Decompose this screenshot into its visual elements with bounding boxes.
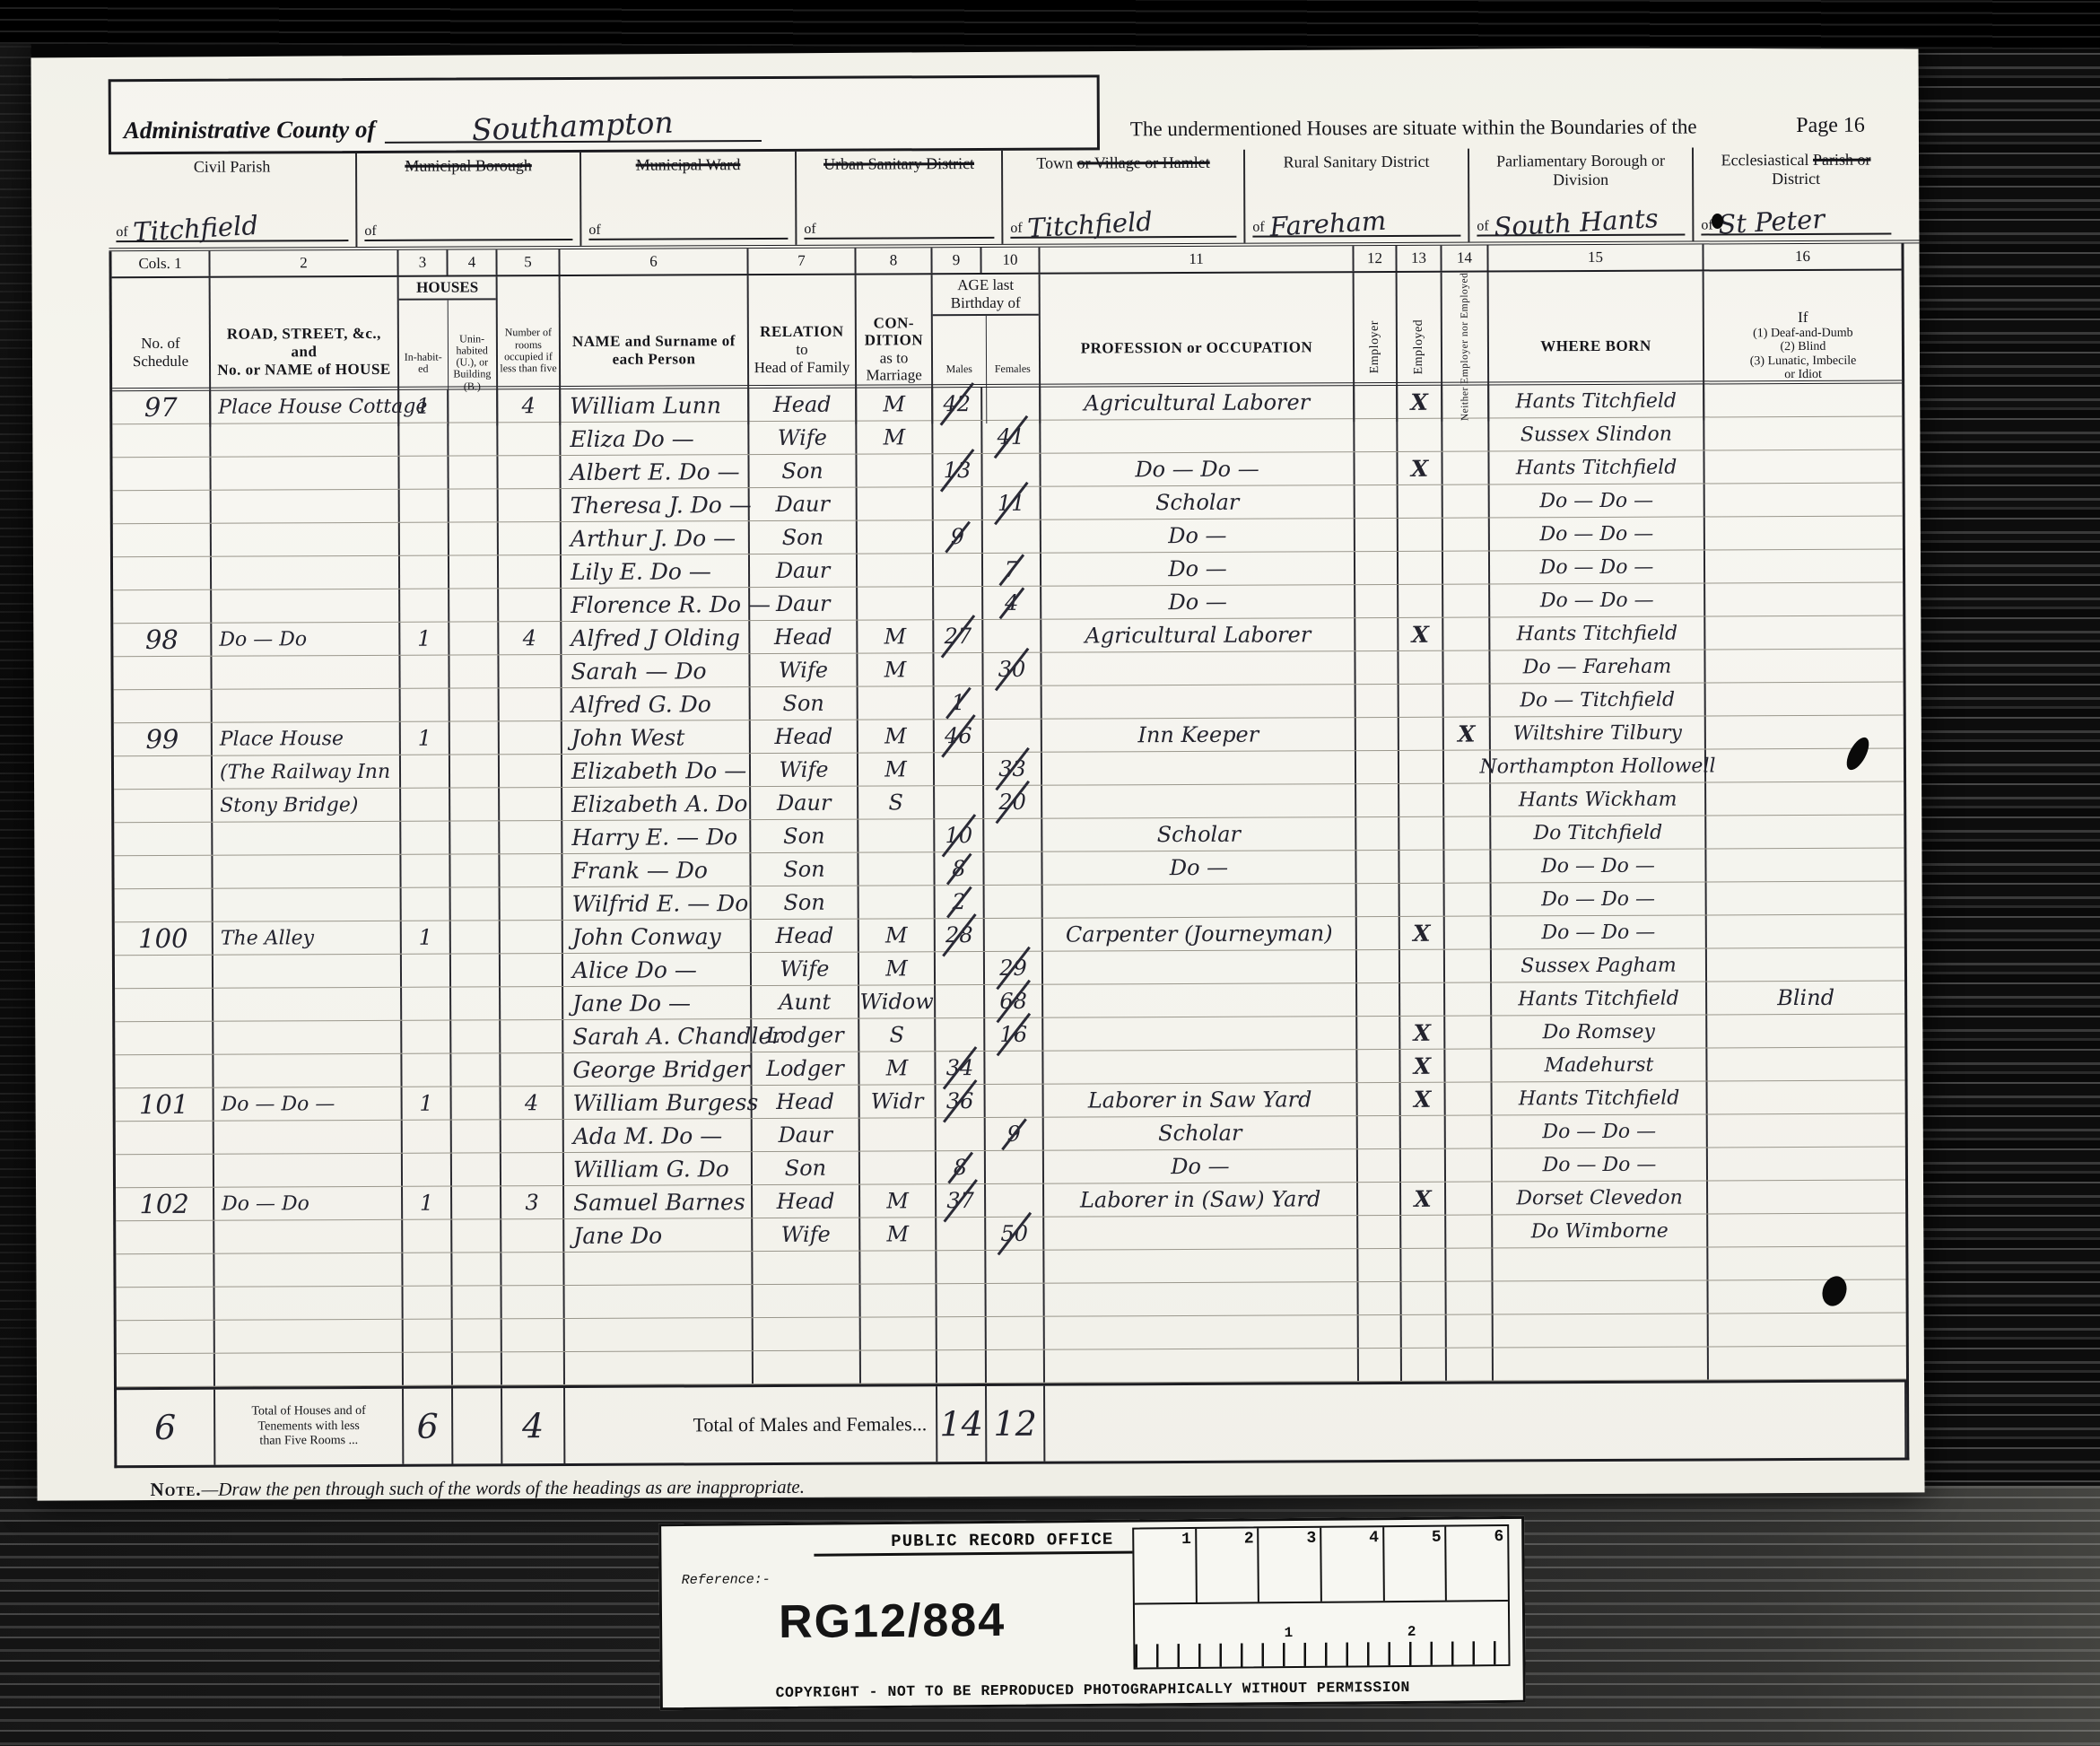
cell-rooms (501, 1153, 564, 1185)
cell-employer (1357, 983, 1400, 1016)
cell-condition: Widow (859, 985, 936, 1017)
cell-occupation: Scholar (1041, 485, 1355, 519)
cell-occupation: Do — (1041, 519, 1355, 553)
cell-employed (1402, 1282, 1447, 1314)
total-rooms: 4 (522, 1406, 544, 1445)
scan-artifact (1712, 214, 1723, 229)
cell-age_m-value: 8 (948, 856, 969, 881)
cell-born: Do — Titchfield (1491, 683, 1706, 716)
cell-occupation-value: Do — (1171, 1154, 1229, 1179)
cell-occupation (1041, 651, 1355, 685)
cell-employed: X (1400, 1050, 1445, 1082)
cell-age_f (986, 1251, 1044, 1283)
cell-age_m (936, 1018, 985, 1051)
cell-neither (1447, 1348, 1494, 1380)
cell-relation-value: Daur (777, 790, 832, 816)
cell-neither (1443, 585, 1490, 617)
district-value: Titchfield (1027, 209, 1154, 240)
cell-schedule (113, 524, 212, 556)
cell-rooms (500, 821, 562, 853)
district-municipal-borough: Municipal Borough of (355, 153, 579, 247)
situate-text: The undermentioned Houses are situate wi… (1100, 115, 1697, 150)
cell-age_m (937, 1218, 986, 1250)
cell-born-value: Hants Titchfield (1518, 987, 1679, 1010)
cell-occupation (1042, 685, 1356, 719)
cell-employed-value: X (1414, 1185, 1432, 1211)
cell-name-value: Eliza Do — (570, 425, 693, 452)
cell-age_m: 8 (935, 852, 984, 885)
cell-address (213, 689, 401, 722)
cell-age_m (936, 985, 985, 1017)
cell-age_m: 1 (935, 686, 984, 719)
cell-age_m (934, 554, 983, 586)
cell-occupation: Do — (1041, 585, 1355, 619)
cell-born: Do — Do — (1493, 1148, 1708, 1181)
cell-born-value: Do — Fareham (1523, 655, 1672, 678)
cell-relation (753, 1252, 860, 1285)
cell-neither (1446, 1248, 1493, 1280)
cell-address: (The Railway Inn (213, 755, 401, 789)
cell-relation: Daur (750, 488, 858, 521)
cell-employer (1356, 817, 1399, 850)
cell-name-value: William Burgess (573, 1089, 759, 1116)
cell-born: Northampton Hollowell (1491, 749, 1706, 782)
cell-name: William Burgess (564, 1086, 753, 1119)
cell-inhabited (401, 689, 450, 721)
cell-relation: Son (751, 687, 858, 720)
cell-employed (1402, 1349, 1447, 1381)
cell-condition (858, 554, 934, 586)
cell-employed (1399, 817, 1444, 850)
cell-infirmity (1707, 881, 1904, 914)
cell-born: Do — Do — (1491, 849, 1706, 882)
cell-rooms: 4 (501, 1087, 564, 1119)
cell-infirmity (1704, 417, 1902, 450)
cell-infirmity (1706, 682, 1904, 715)
cell-condition (858, 587, 934, 619)
cell-age_m: 10 (935, 819, 984, 851)
cell-infirmity (1704, 384, 1902, 417)
cell-relation-value: Daur (776, 558, 831, 583)
cell-schedule (115, 889, 213, 921)
cell-name (564, 1252, 753, 1285)
cell-relation: Aunt (752, 986, 859, 1019)
cell-name: Frank — Do (562, 853, 751, 886)
census-rows: 97Place House Cottage14William LunnHeadM… (112, 384, 1906, 1388)
cell-age_m (934, 587, 983, 619)
cell-occupation-value: Scholar (1157, 822, 1241, 847)
cell-condition: Widr (860, 1085, 937, 1117)
cell-address (213, 988, 402, 1021)
cell-relation: Son (749, 455, 857, 488)
cell-age_f: 4 (983, 587, 1041, 619)
cell-name-value: John Conway (572, 923, 721, 950)
cell-relation-value: Son (785, 1156, 826, 1181)
cell-relation-value: Aunt (779, 990, 831, 1015)
cell-age_m (933, 421, 982, 453)
cell-infirmity (1708, 1080, 1905, 1113)
census-scan-page: { "page": { "admin_county_label": "Admin… (0, 0, 2100, 1746)
cell-uninhabited (449, 522, 499, 554)
cell-schedule (112, 458, 211, 490)
cell-inhabited (401, 855, 450, 887)
cell-name-value: Samuel Barnes (573, 1189, 745, 1216)
cell-employed (1401, 1249, 1446, 1281)
district-civil-parish: Civil Parish ofTitchfield (109, 153, 355, 248)
cell-occupation-value: Agricultural Laborer (1084, 389, 1310, 415)
cell-relation: Wife (750, 654, 858, 687)
cell-schedule: 99 (114, 723, 213, 755)
cell-address: Place House Cottage (211, 390, 399, 423)
cell-uninhabited (450, 721, 500, 754)
cell-condition-value: Widow (859, 989, 933, 1014)
cell-infirmity (1708, 1147, 1905, 1180)
cell-schedule (114, 690, 213, 722)
cell-age_m (937, 1251, 986, 1283)
cell-name-value: Florence R. Do — (571, 591, 771, 618)
totals-row: 6 Total of Houses and of Tenements with … (117, 1379, 1906, 1465)
cell-inhabited (404, 1287, 453, 1319)
cell-rooms (501, 1020, 563, 1052)
cell-uninhabited (452, 1186, 501, 1218)
cell-employed (1401, 1116, 1446, 1148)
cell-relation-value: Son (782, 691, 823, 716)
cell-born-value: Do — Do — (1541, 921, 1655, 944)
cell-occupation: Do — (1044, 1149, 1358, 1183)
cell-schedule (115, 1022, 213, 1054)
cell-name: Albert E. Do — (561, 455, 749, 488)
cell-employed-value: X (1411, 455, 1429, 481)
cell-employed-value: X (1410, 388, 1428, 415)
cell-employer (1355, 452, 1398, 485)
cell-rooms-value: 4 (523, 625, 536, 650)
cell-occupation: Scholar (1044, 1116, 1358, 1150)
cell-employer (1356, 751, 1399, 783)
cell-neither (1446, 1149, 1493, 1182)
cell-inhabited (403, 1220, 452, 1253)
cell-born: Dorset Clevedon (1493, 1181, 1708, 1214)
cell-condition (857, 454, 933, 486)
cell-infirmity (1705, 649, 1903, 682)
cell-born: Hants Titchfield (1492, 982, 1707, 1015)
cell-uninhabited (452, 1120, 501, 1152)
cell-neither (1446, 1182, 1493, 1214)
cell-relation: Head (753, 1086, 860, 1119)
cell-relation-value: Head (776, 1089, 834, 1114)
cell-inhabited-value: 1 (418, 726, 431, 751)
cell-name: Harry E. — Do (562, 820, 751, 853)
cell-inhabited (400, 656, 449, 688)
public-record-office-stamp: PUBLIC RECORD OFFICE Reference:- RG12/88… (658, 1516, 1526, 1710)
cell-born-value: Do Wimborne (1531, 1219, 1669, 1243)
cell-born (1493, 1247, 1708, 1280)
cell-employed: X (1401, 1083, 1446, 1115)
cell-occupation-value: Do — Do — (1135, 457, 1259, 483)
cell-age_f (986, 1151, 1044, 1183)
cell-relation-value: Daur (775, 492, 830, 517)
district-value: Fareham (1269, 209, 1387, 239)
cell-age_f (985, 919, 1043, 951)
cell-address-value: (The Railway Inn (220, 760, 390, 783)
cell-infirmity (1708, 1113, 1905, 1147)
cell-schedule: 97 (112, 391, 211, 423)
cell-name-value: John West (571, 724, 685, 751)
cell-uninhabited (451, 921, 501, 953)
admin-county-underline: Southampton (384, 110, 761, 144)
cell-schedule (115, 1055, 213, 1087)
cell-inhabited: 1 (401, 722, 450, 755)
cell-age_f: 50 (986, 1218, 1044, 1250)
cell-age_m-value: 9 (947, 524, 968, 549)
cell-rooms (499, 555, 562, 588)
cell-age_m (934, 653, 983, 685)
cell-condition: S (858, 786, 935, 818)
cell-condition-value: M (884, 624, 906, 649)
scan-right-streaks (1907, 0, 2100, 1746)
cell-age_f-value: 20 (995, 790, 1030, 815)
cell-employed: X (1398, 386, 1442, 418)
cell-employer (1358, 1216, 1401, 1248)
cell-condition-value: M (886, 1055, 909, 1080)
district-town-village: Town or Village or Hamlet ofTitchfield (1001, 150, 1243, 244)
cell-infirmity (1707, 1014, 1904, 1047)
cell-born-value: Do Romsey (1543, 1020, 1655, 1043)
cell-name: Wilfrid E. — Do (563, 886, 752, 920)
cell-employer (1355, 552, 1399, 584)
cell-age_m: 9 (934, 520, 983, 553)
cell-employed-value: X (1414, 1052, 1432, 1078)
cell-employed: X (1400, 917, 1445, 949)
cell-occupation: Inn Keeper (1042, 718, 1356, 752)
cell-born: Do — Do — (1492, 915, 1707, 948)
cell-age_m-value: 36 (943, 1088, 978, 1113)
cell-infirmity (1707, 1047, 1904, 1080)
cell-employer (1357, 1050, 1400, 1082)
cell-uninhabited (451, 887, 501, 920)
cell-employed (1399, 718, 1444, 750)
cell-employed: X (1400, 1017, 1445, 1049)
cell-condition-value: M (884, 723, 907, 748)
cell-infirmity (1707, 947, 1904, 981)
cell-age_f-value: 68 (996, 989, 1031, 1014)
cell-age_m (937, 1284, 987, 1316)
cell-schedule (114, 790, 213, 822)
cell-condition-value: S (888, 790, 903, 815)
cell-inhabited-value: 1 (420, 1191, 433, 1216)
ruler-inch-cell: 3 (1259, 1528, 1322, 1602)
cell-age_m (936, 952, 985, 984)
cell-name-value: Albert E. Do — (570, 458, 739, 485)
cell-age_m: 28 (936, 919, 985, 951)
cell-relation: Head (753, 1185, 860, 1218)
stamp-ruler: 123456 1 2 (1132, 1524, 1510, 1670)
cell-age_f: 7 (983, 554, 1041, 586)
cell-rooms (501, 954, 563, 986)
cell-relation: Daur (750, 554, 858, 588)
cell-born (1493, 1280, 1708, 1314)
cell-age_f (985, 1052, 1043, 1084)
cell-name-value: Elizabeth Do — (571, 757, 746, 784)
cell-name-value: Theresa J. Do — (571, 492, 752, 519)
district-rural-sanitary: Rural Sanitary District ofFareham (1243, 149, 1468, 243)
cell-employed (1399, 485, 1443, 518)
cell-relation-value: Son (781, 458, 823, 484)
cell-rooms (499, 489, 562, 521)
cell-age_f (985, 886, 1043, 918)
cell-employed (1399, 552, 1443, 584)
cell-address-value: Place House Cottage (218, 395, 427, 418)
cell-name-value: Alfred G. Do (571, 691, 711, 718)
cell-employed (1399, 585, 1443, 617)
cell-age_f-value: 9 (1004, 1122, 1024, 1147)
cell-age_m-value: 28 (942, 922, 977, 947)
cell-condition-value: M (884, 424, 906, 450)
cell-schedule-value: 98 (145, 624, 179, 655)
cell-condition: M (859, 919, 936, 951)
cell-neither (1445, 983, 1492, 1016)
cell-uninhabited (451, 1053, 501, 1086)
cell-name: Elizabeth A. Do (562, 787, 751, 820)
cell-born: Sussex Slindon (1489, 417, 1704, 450)
cell-age_f-value: 29 (996, 956, 1031, 981)
cell-schedule-value: 97 (144, 392, 178, 423)
cell-inhabited (401, 822, 450, 854)
cell-relation-value: Daur (778, 1122, 832, 1148)
cell-age_f (984, 852, 1042, 885)
stamp-reference-label: Reference:- (682, 1572, 771, 1588)
cell-born-value: Sussex Slindon (1521, 423, 1672, 446)
district-value: Titchfield (133, 214, 259, 244)
cell-born: Hants Titchfield (1489, 384, 1704, 417)
cell-relation: Daur (753, 1119, 860, 1152)
cell-relation: Son (751, 853, 858, 886)
ruler-number: 1 (1285, 1625, 1294, 1641)
cell-uninhabited (450, 788, 500, 820)
cell-neither (1446, 1116, 1493, 1148)
totals-males-females-label: Total of Males and Females... (565, 1386, 937, 1463)
cell-rooms (499, 655, 562, 687)
cell-neither (1446, 1281, 1493, 1314)
cell-name-value: George Bridger (572, 1056, 750, 1083)
cell-inhabited: 1 (403, 1087, 452, 1120)
cell-age_f (983, 520, 1041, 553)
cell-uninhabited (451, 987, 501, 1019)
cell-born: Do — Fareham (1490, 650, 1705, 683)
cell-schedule (115, 989, 213, 1021)
cell-occupation-value: Do — (1170, 855, 1228, 880)
cell-rooms (499, 522, 562, 554)
cell-neither (1445, 950, 1492, 982)
cell-relation-value: Son (782, 525, 823, 550)
cell-occupation-value: Laborer in Saw Yard (1088, 1087, 1312, 1113)
cell-born-value: Do Titchfield (1533, 821, 1662, 844)
cell-relation: Son (751, 820, 858, 853)
cell-employed (1399, 651, 1443, 684)
cell-uninhabited (450, 821, 500, 853)
cell-age_f (987, 1350, 1045, 1383)
cell-relation: Son (750, 521, 858, 554)
cell-employed: X (1399, 618, 1443, 650)
cell-inhabited (399, 457, 449, 489)
cell-name: Elizabeth Do — (562, 754, 751, 787)
cell-uninhabited (450, 755, 500, 787)
cell-born-value: Hants Titchfield (1519, 1087, 1680, 1110)
cell-occupation: Agricultural Laborer (1041, 386, 1355, 420)
cell-neither (1445, 884, 1492, 916)
cell-age_f: 29 (985, 952, 1043, 984)
cell-age_m: 42 (933, 388, 982, 420)
cell-condition (860, 1251, 937, 1283)
cell-address (211, 457, 399, 490)
cell-employed-value: X (1413, 920, 1431, 946)
cell-name: John Conway (563, 920, 752, 953)
cell-relation-value: Wife (779, 658, 828, 683)
cell-schedule-value: 102 (139, 1189, 189, 1219)
cell-age_m-value: 8 (950, 1155, 971, 1180)
cell-occupation: Laborer in (Saw) Yard (1044, 1183, 1358, 1217)
cell-infirmity (1709, 1346, 1906, 1379)
cell-name-value: William Lunn (570, 392, 721, 419)
district-urban-sanitary: Urban Sanitary District of (795, 151, 1001, 245)
cell-employed (1401, 1149, 1446, 1182)
cell-born-value: Do — Do — (1542, 1120, 1656, 1143)
cell-rooms-value: 4 (522, 393, 536, 418)
cell-employed: X (1398, 452, 1442, 485)
cell-born: Do Titchfield (1491, 816, 1706, 849)
cell-age_f (984, 819, 1042, 851)
cell-age_m: 2 (936, 886, 985, 918)
cell-condition (861, 1317, 937, 1349)
cell-infirmity (1706, 848, 1904, 881)
cell-infirmity (1706, 748, 1904, 781)
cell-employer (1355, 386, 1398, 418)
cell-employed (1400, 983, 1445, 1016)
cell-born: Hants Titchfield (1493, 1081, 1708, 1114)
cell-occupation (1041, 419, 1355, 453)
cell-employer (1359, 1282, 1402, 1314)
cell-born-value: Hants Titchfield (1517, 622, 1678, 645)
cell-uninhabited (452, 1153, 501, 1185)
cell-name: Alice Do — (563, 953, 752, 986)
stamp-reference-number: RG12/884 (779, 1593, 1006, 1649)
cell-address (214, 1220, 403, 1253)
cell-employer (1355, 519, 1399, 551)
cell-name: Eliza Do — (561, 422, 749, 455)
cell-born-value: Do — Do — (1540, 555, 1654, 579)
cell-born-value: Do — Do — (1541, 854, 1655, 877)
cell-relation: Head (752, 920, 859, 953)
cell-occupation-value: Scholar (1155, 490, 1239, 515)
cell-occupation: Laborer in Saw Yard (1044, 1083, 1358, 1117)
cell-name: Jane Do (564, 1218, 753, 1252)
cell-schedule (114, 823, 213, 855)
cell-neither (1444, 817, 1491, 850)
cell-uninhabited (449, 555, 499, 588)
cell-age_f-value: 4 (1001, 590, 1022, 615)
cell-age_m: 27 (934, 620, 983, 652)
cell-schedule-value: 99 (145, 724, 179, 755)
cell-condition (861, 1284, 937, 1316)
cell-neither (1443, 519, 1490, 551)
cell-relation: Lodger (752, 1052, 859, 1086)
cell-schedule (113, 491, 212, 523)
census-table: Cols. 1 2 3 4 5 6 7 8 9 10 11 12 13 14 1… (109, 243, 1909, 1468)
ruler-inch-cell: 5 (1384, 1527, 1447, 1602)
district-value: South Hants (1494, 206, 1660, 239)
cell-infirmity (1708, 1213, 1905, 1246)
cell-age_m-value: 1 (947, 690, 968, 715)
cell-age_f (984, 686, 1042, 719)
